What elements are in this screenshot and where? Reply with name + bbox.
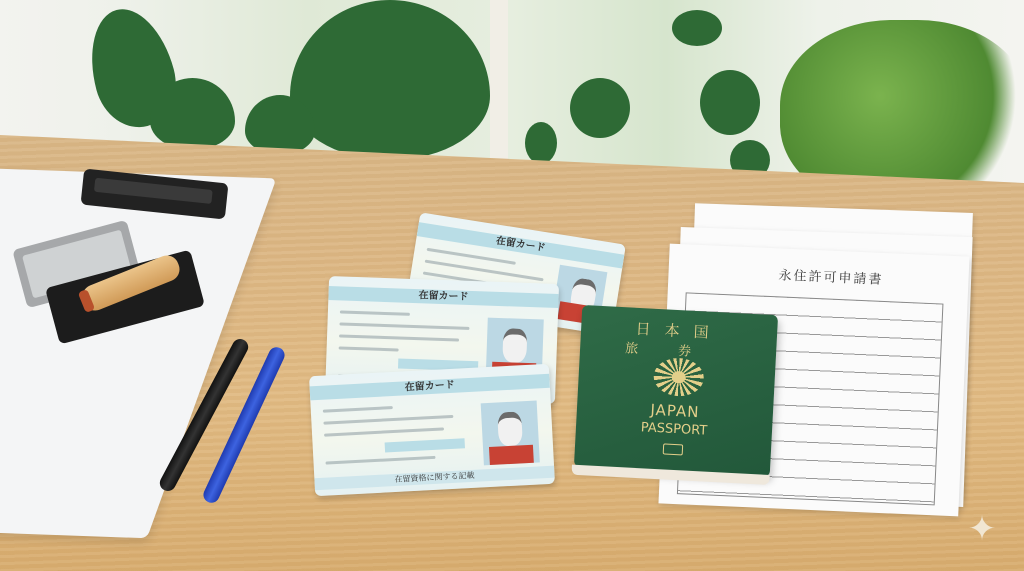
pilea-leaf — [672, 10, 722, 46]
pilea-leaf — [570, 78, 630, 138]
form-title: 永住許可申請書 — [778, 264, 884, 288]
pilea-leaf — [525, 122, 557, 164]
residence-card: 在留カード 在留資格に関する記載 — [309, 364, 555, 496]
monstera-leaf — [150, 78, 235, 150]
card-header: 在留カード — [310, 374, 550, 401]
sparkle-icon: ✦ — [965, 512, 999, 546]
pilea-leaf — [700, 70, 760, 135]
window-frame — [490, 0, 508, 170]
monstera-leaf — [290, 0, 490, 160]
card-header: 在留カード — [328, 286, 558, 308]
chrysanthemum-crest-icon — [653, 357, 705, 398]
card-photo — [481, 400, 540, 465]
japanese-passport: 日本国 旅券 JAPAN PASSPORT — [574, 305, 778, 477]
biometric-chip-icon — [663, 443, 684, 455]
photo-scene: 在留資格変更許可申請書 在留期間更新許可申請書 永住許可申請書 在留カード 在留… — [0, 0, 1024, 571]
